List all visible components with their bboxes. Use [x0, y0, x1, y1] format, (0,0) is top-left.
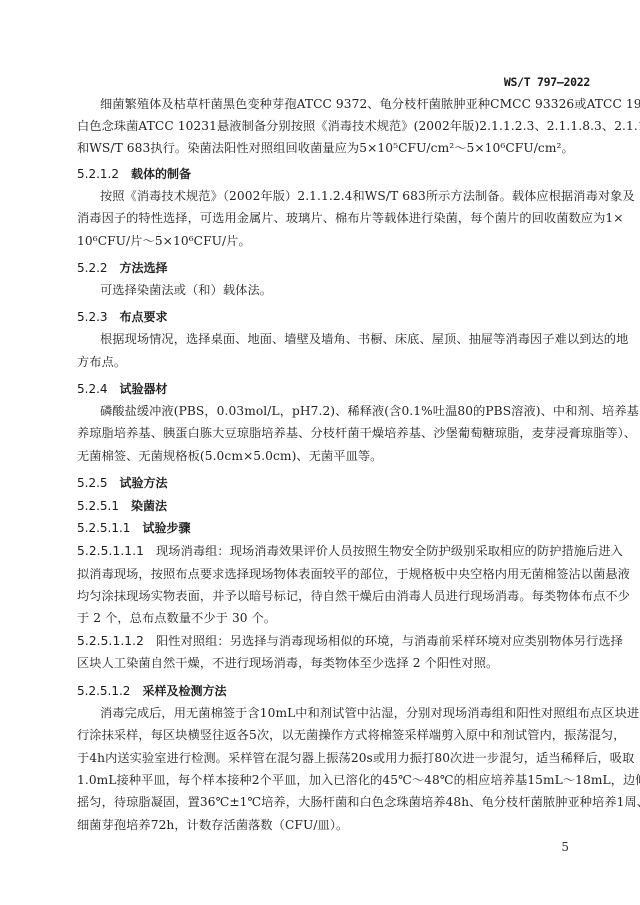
- section-heading: 5.2.5.1.1试验步骤: [77, 520, 190, 536]
- paragraph-line: 行涂抹采样，每区块横竖往返各5次，以无菌操作方式将棉签采样端剪入原中和剂试管内，…: [77, 727, 578, 743]
- paragraph-line: 1.0mL接种平皿，每个样本接种2个平皿，加入已溶化的45℃～48℃的相应培养基…: [77, 772, 578, 788]
- section-number: 5.2.1.2: [77, 166, 119, 182]
- section-heading: 5.2.1.2载体的制备: [77, 166, 191, 182]
- paragraph-line: 细菌芽孢培养72h，计数存活菌落数（CFU/皿）。: [77, 817, 578, 833]
- section-number: 5.2.5: [77, 475, 108, 491]
- paragraph-line: 均匀涂抹现场实物表面，并予以暗号标记，待自然干燥后由消毒人员进行现场消毒。每类物…: [77, 588, 578, 604]
- section-title: 试验器材: [120, 382, 168, 396]
- paragraph-line: 于4h内送实验室进行检测。采样管在混匀器上振荡20s或用力振打80次进一步混匀，…: [77, 750, 578, 766]
- section-heading: 5.2.3布点要求: [77, 309, 168, 325]
- paragraph-line: 5.2.5.1.1.1现场消毒组：现场消毒效果评价人员按照生物安全防护级别采取相…: [77, 543, 578, 559]
- paragraph-line: 磷酸盐缓冲液(PBS，0.03mol/L，pH7.2)、稀释液(含0.1%吐温8…: [100, 403, 578, 419]
- section-title: 载体的制备: [131, 167, 191, 181]
- paragraph-line: 消毒完成后，用无菌棉签于含10mL中和剂试管中沾湿，分别对现场消毒组和阳性对照组…: [100, 705, 578, 721]
- paragraph-line: 摇匀，待琼脂凝固，置36℃±1℃培养，大肠杆菌和白色念珠菌培养48h、龟分枝杆菌…: [77, 794, 578, 810]
- paragraph-line: 方布点。: [77, 354, 578, 370]
- section-number: 5.2.4: [77, 381, 108, 397]
- clause-label: 现场消毒组：: [156, 544, 230, 558]
- section-heading: 5.2.4试验器材: [77, 381, 168, 397]
- paragraph-line: 10⁶CFU/片～5×10⁶CFU/片。: [77, 233, 578, 249]
- section-title: 方法选择: [120, 261, 168, 275]
- section-number: 5.2.5.1.2: [77, 683, 130, 699]
- paragraph-line: 区块人工染菌自然干燥，不进行现场消毒，每类物体至少选择 2 个阳性对照。: [77, 655, 578, 671]
- page-number: 5: [561, 840, 569, 854]
- section-title: 采样及检测方法: [142, 684, 226, 698]
- clause-number: 5.2.5.1.1.2: [77, 634, 144, 648]
- section-title: 试验方法: [120, 476, 168, 490]
- paragraph-line: 白色念珠菌ATCC 10231悬液制备分别按照《消毒技术规范》(2002年版)2…: [77, 118, 578, 134]
- paragraph-line: 根据现场情况，选择桌面、地面、墙壁及墙角、书橱、床底、屋顶、抽屉等消毒因子难以到…: [100, 331, 578, 347]
- paragraph-line: 拟消毒现场，按照布点要求选择现场物体表面较平的部位，于规格板中央空格内用无菌棉签…: [77, 566, 578, 582]
- paragraph-line: 按照《消毒技术规范》（2002年版）2.1.1.2.4和WS/T 683所示方法…: [100, 188, 578, 204]
- paragraph-line: 细菌繁殖体及枯草杆菌黑色变种芽孢ATCC 9372、龟分枝杆菌脓肿亚种CMCC …: [100, 96, 578, 112]
- paragraph-line: 消毒因子的特性选择，可选用金属片、玻璃片、棉布片等载体进行染菌，每个菌片的回收菌…: [77, 210, 578, 226]
- section-number: 5.2.5.1: [77, 498, 119, 514]
- section-number: 5.2.2: [77, 260, 108, 276]
- standard-code: WS/T 797—2022: [504, 75, 590, 89]
- section-number: 5.2.3: [77, 309, 108, 325]
- clause-text: 另选择与消毒现场相似的环境，与消毒前采样环境对应类别物体另行选择: [230, 634, 623, 648]
- paragraph-line: 和WS/T 683执行。染菌法阳性对照组回收菌量应为5×10⁵CFU/cm²～5…: [77, 140, 578, 156]
- section-heading: 5.2.2方法选择: [77, 260, 168, 276]
- paragraph-line: 无菌棉签、无菌规格板(5.0cm×5.0cm)、无菌平皿等。: [77, 448, 578, 464]
- section-title: 试验步骤: [142, 521, 190, 535]
- clause-number: 5.2.5.1.1.1: [77, 544, 144, 558]
- clause-text: 现场消毒效果评价人员按照生物安全防护级别采取相应的防护措施后进入: [230, 544, 623, 558]
- paragraph-line: 可选择染菌法或（和）载体法。: [100, 282, 578, 298]
- section-number: 5.2.5.1.1: [77, 520, 130, 536]
- section-heading: 5.2.5.1染菌法: [77, 498, 167, 514]
- clause-label: 阳性对照组：: [156, 634, 230, 648]
- paragraph-line: 养琼脂培养基、胰蛋白胨大豆琼脂培养基、分枝杆菌干燥培养基、沙堡葡萄糖琼脂，麦芽浸…: [77, 425, 578, 441]
- section-heading: 5.2.5.1.2采样及检测方法: [77, 683, 226, 699]
- section-heading: 5.2.5试验方法: [77, 475, 168, 491]
- paragraph-line: 于 2 个，总布点数量不少于 30 个。: [77, 610, 578, 626]
- section-title: 染菌法: [131, 499, 167, 513]
- document-page: WS/T 797—2022 细菌繁殖体及枯草杆菌黑色变种芽孢ATCC 9372、…: [0, 0, 640, 905]
- paragraph-line: 5.2.5.1.1.2阳性对照组：另选择与消毒现场相似的环境，与消毒前采样环境对…: [77, 633, 578, 649]
- section-title: 布点要求: [120, 310, 168, 324]
